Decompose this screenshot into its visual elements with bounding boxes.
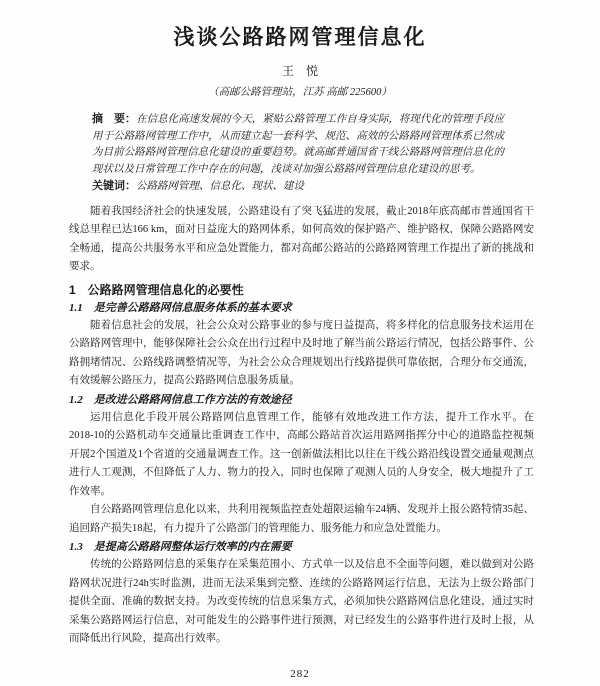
keywords-label: 关键词： — [92, 180, 136, 192]
page-number: 282 — [0, 668, 600, 680]
keywords-text: 公路路网管理、信息化、现状、建设 — [136, 181, 304, 192]
paper-page: 浅谈公路路网管理信息化 王 悦 （高邮公路管理站，江苏 高邮 225600） 摘… — [0, 0, 600, 686]
subsection-1-1-paragraph: 随着信息社会的发展，社会公众对公路事业的参与度日益提高，将多样化的信息服务技术运… — [69, 317, 534, 391]
abstract-label: 摘 要： — [92, 113, 136, 125]
subsection-1-2-paragraph-2: 自公路路网管理信息化以来，共利用视频监控查处超限运输车24辆、发现并上报公路特情… — [69, 501, 534, 538]
paper-title: 浅谈公路路网管理信息化 — [0, 26, 600, 50]
keywords-line: 关键词：公路路网管理、信息化、现状、建设 — [92, 178, 504, 196]
subsection-1-1-heading: 1.1 是完善公路路网信息服务体系的基本要求 — [69, 299, 534, 317]
abstract-text: 在信息化高速发展的今天，紧贴公路管理工作自身实际，将现代化的管理手段应用于公路路… — [92, 114, 504, 175]
author-affiliation: （高邮公路管理站，江苏 高邮 225600） — [0, 86, 600, 99]
subsection-1-2-heading: 1.2 是改进公路路网信息工作方法的有效途径 — [69, 391, 534, 409]
abstract-block: 摘 要：在信息化高速发展的今天，紧贴公路管理工作自身实际，将现代化的管理手段应用… — [92, 111, 504, 196]
author-name: 王 悦 — [0, 64, 600, 78]
subsection-1-3-paragraph: 传统的公路路网信息的采集存在采集范围小、方式单一以及信息不全面等问题，难以做到对… — [69, 556, 534, 649]
intro-paragraph: 随着我国经济社会的快速发展，公路建设有了突飞猛进的发展，截止2018年底高邮市普… — [69, 203, 534, 277]
section-1-heading: 1 公路路网管理信息化的必要性 — [69, 281, 534, 299]
paper-body: 随着我国经济社会的快速发展，公路建设有了突飞猛进的发展，截止2018年底高邮市普… — [69, 203, 534, 649]
subsection-1-2-paragraph-1: 运用信息化手段开展公路路网信息管理工作，能够有效地改进工作方法，提升工作水平。在… — [69, 409, 534, 502]
abstract-paragraph: 摘 要：在信息化高速发展的今天，紧贴公路管理工作自身实际，将现代化的管理手段应用… — [92, 111, 504, 178]
subsection-1-3-heading: 1.3 是提高公路路网整体运行效率的内在需要 — [69, 538, 534, 556]
